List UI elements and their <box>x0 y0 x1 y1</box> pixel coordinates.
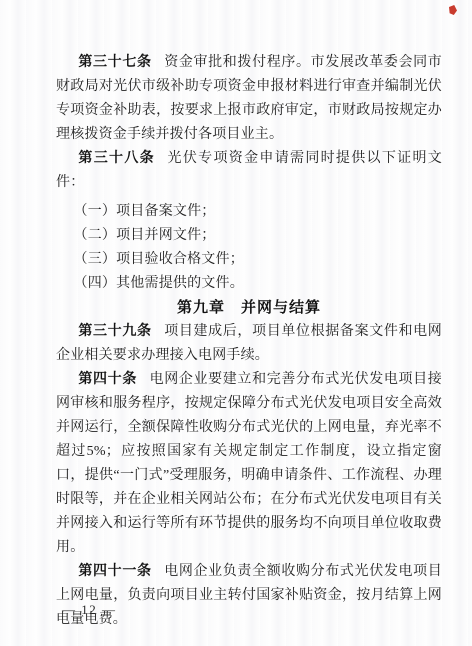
list-item-1: （一）项目备案文件； <box>56 200 442 224</box>
article-40-label: 第四十条 <box>78 372 137 387</box>
list-item-2: （二）项目并网文件； <box>56 224 442 248</box>
list-item-3: （三）项目验收合格文件； <box>56 248 442 272</box>
article-41-paragraph: 第四十一条电网企业负责全额收购分布式光伏发电项目上网电量，负责向项目业主转付国家… <box>56 560 442 632</box>
article-39-paragraph: 第三十九条项目建成后，项目单位根据备案文件和电网企业相关要求办理接入电网手续。 <box>56 320 442 368</box>
article-40-paragraph: 第四十条电网企业要建立和完善分布式光伏发电项目接网审核和服务程序，按规定保障分布… <box>56 368 442 560</box>
article-37-paragraph: 第三十七条资金审批和拨付程序。市发展改革委会同市财政局对光伏市级补助专项资金申报… <box>56 51 442 147</box>
document-body: 第三十七条资金审批和拨付程序。市发展改革委会同市财政局对光伏市级补助专项资金申报… <box>56 51 442 632</box>
required-documents-list: （一）项目备案文件； （二）项目并网文件； （三）项目验收合格文件； （四）其他… <box>56 200 442 296</box>
document-page: 第三十七条资金审批和拨付程序。市发展改革委会同市财政局对光伏市级补助专项资金申报… <box>0 0 472 646</box>
page-number: — 12 — <box>62 602 117 618</box>
article-38-paragraph: 第三十八条光伏专项资金申请需同时提供以下证明文件： <box>56 147 442 195</box>
article-39-label: 第三十九条 <box>78 324 151 339</box>
red-stamp-mark-icon <box>449 5 457 15</box>
article-37-label: 第三十七条 <box>78 55 151 70</box>
list-item-4: （四）其他需提供的文件。 <box>56 272 442 296</box>
article-38-label: 第三十八条 <box>78 151 155 166</box>
chapter-heading: 第九章 并网与结算 <box>56 296 442 320</box>
article-41-label: 第四十一条 <box>78 564 151 579</box>
article-40-text: 电网企业要建立和完善分布式光伏发电项目接网审核和服务程序，按规定保障分布式光伏发… <box>56 372 442 555</box>
